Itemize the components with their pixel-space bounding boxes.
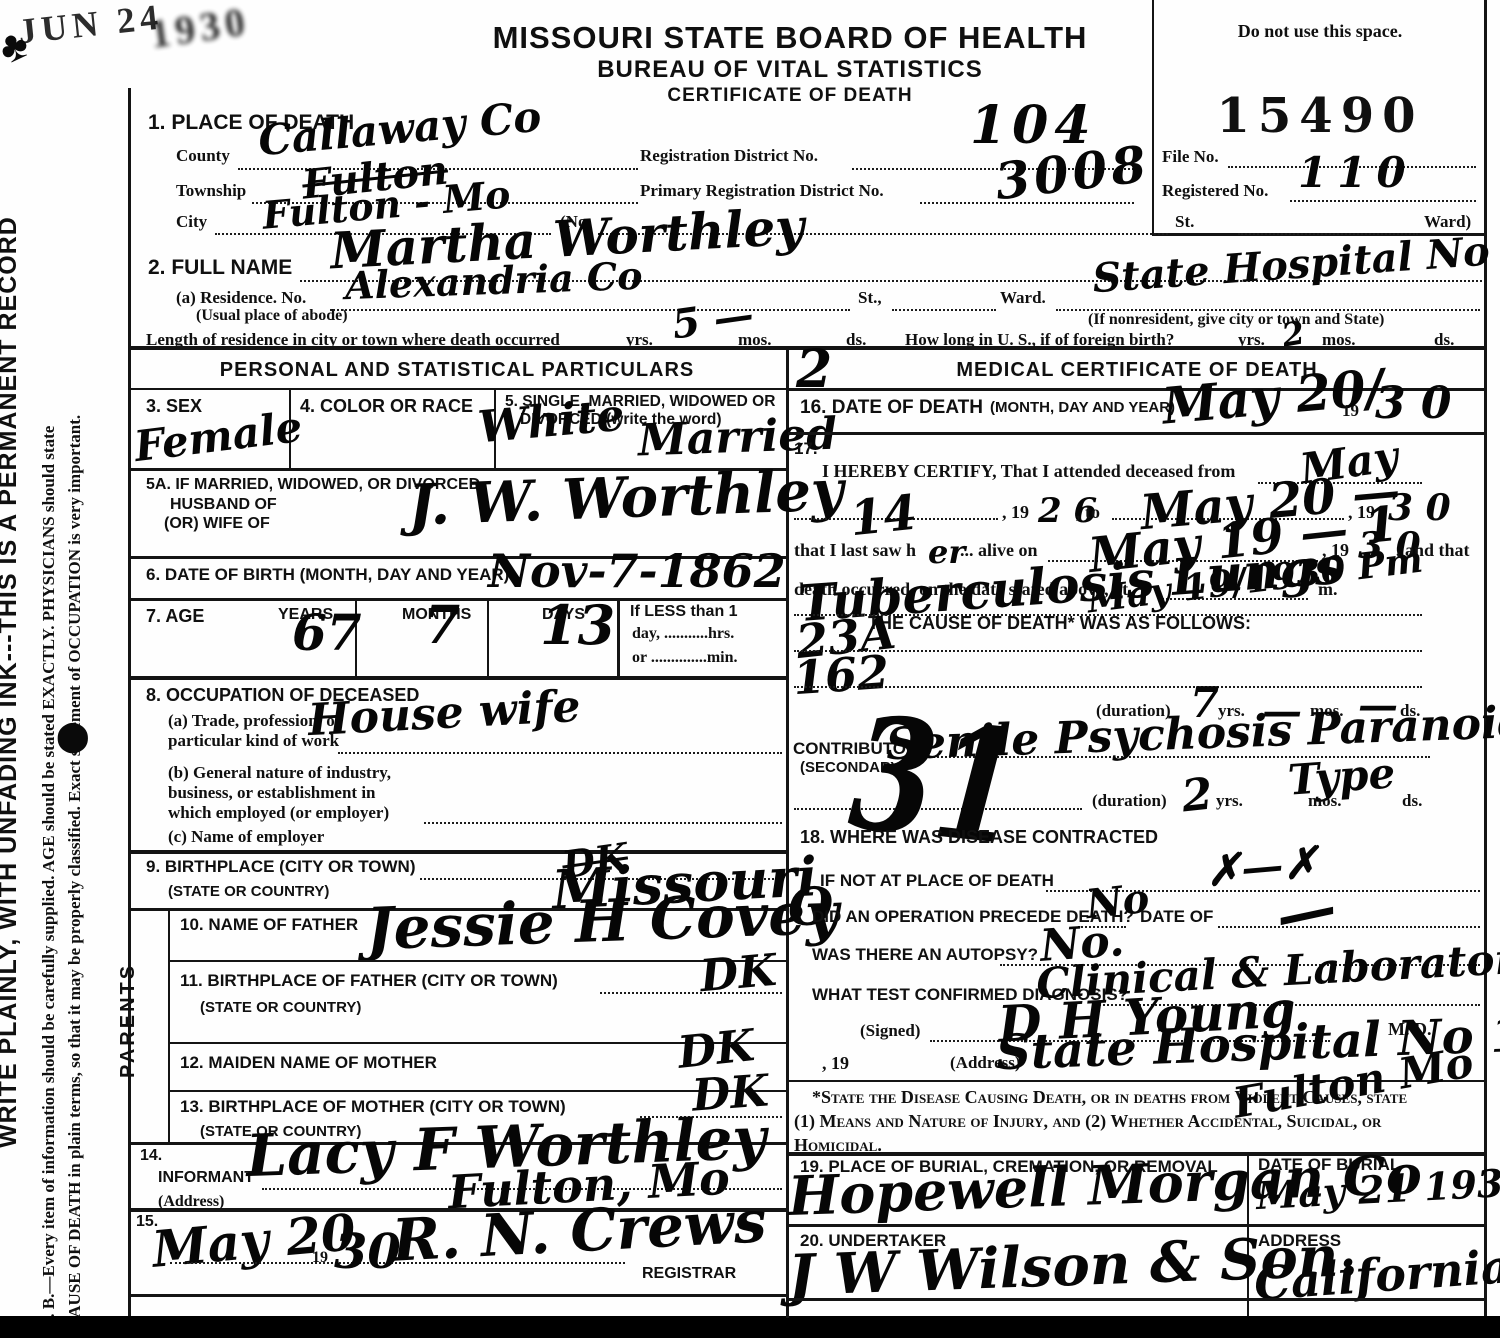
where-contracted-label: 18. WHERE WAS DISEASE CONTRACTED: [800, 828, 1158, 846]
county-label: County: [176, 147, 230, 164]
primary-district-label: Primary Registration District No.: [640, 182, 884, 199]
filed-year-value: 30: [334, 1228, 401, 1276]
rule: [788, 1224, 1486, 1227]
registered-no-label: Registered No.: [1162, 182, 1268, 199]
rule: [788, 1298, 1486, 1301]
city-label: City: [176, 213, 207, 230]
occupation-c-label: (c) Name of employer: [168, 828, 324, 845]
occupation-b-label3: which employed (or employer): [168, 804, 389, 821]
if-less-label: If LESS than 1: [630, 604, 738, 620]
contrib-yrs-label: yrs.: [1216, 792, 1243, 809]
dotted-line: [424, 822, 782, 824]
contributory-value-2: Type: [1287, 752, 1397, 801]
mother-maiden-name-label: 12. MAIDEN NAME OF MOTHER: [180, 1054, 437, 1071]
last-saw-label: that I last saw h: [794, 541, 916, 559]
rule: [128, 676, 786, 680]
color-race-value: White: [476, 394, 626, 451]
form-subtitle-bureau: BUREAU OF VITAL STATISTICS: [430, 58, 1150, 82]
dotted-line: [330, 309, 850, 311]
form-right-border: [1484, 0, 1487, 1318]
contrib-mos-label: mos.: [1308, 792, 1342, 809]
do-not-use-label: Do not use this space.: [1155, 22, 1485, 40]
residence-value: Alexandria Co: [344, 257, 643, 305]
certify-intro: I HEREBY CERTIFY, That I attended deceas…: [822, 462, 1235, 480]
alive-on-label: ... alive on: [960, 541, 1038, 559]
attended-to-year: 3 0: [1388, 490, 1451, 526]
certificate-number-stamp: 15490: [1155, 92, 1485, 140]
occupation-a-value: House wife: [307, 685, 581, 743]
item-17-number: 17.: [794, 440, 818, 457]
personal-section-heading: PERSONAL AND STATISTICAL PARTICULARS: [128, 360, 786, 380]
father-birthplace-label: 11. BIRTHPLACE OF FATHER (CITY OR TOWN): [180, 972, 558, 989]
informant-number: 14.: [140, 1148, 162, 1164]
date-of-birth-label: 6. DATE OF BIRTH (MONTH, DAY AND YEAR): [146, 566, 509, 583]
dotted-line: [1290, 200, 1476, 202]
file-no-label: File No.: [1162, 148, 1219, 165]
birthplace-label: 9. BIRTHPLACE (CITY OR TOWN): [146, 858, 416, 875]
residence-st-label: St.,: [858, 289, 882, 306]
rule: [168, 908, 170, 1142]
date-of-operation-label: DATE OF: [1140, 908, 1213, 925]
age-label: 7. AGE: [146, 607, 204, 625]
residence-ward-value: State Hospital No 1: [1091, 229, 1500, 300]
age-months-value: 7: [424, 600, 460, 652]
contrib-duration-yrs-value: 2: [1180, 773, 1215, 820]
date-of-death-label: 16. DATE OF DEATH: [800, 398, 983, 417]
street-label: St.: [1175, 213, 1194, 230]
margin-note-line2: CAUSE OF DEATH in plain terms, so that i…: [66, 415, 83, 1330]
rule: [128, 1294, 786, 1297]
sex-label: 3. SEX: [146, 397, 202, 415]
death-certificate-page: WRITE PLAINLY, WITH UNFADING INK---THIS …: [0, 0, 1500, 1338]
registered-no-value: 110: [1298, 152, 1416, 194]
residence-ward-label: Ward.: [1000, 289, 1046, 306]
autopsy-label: WAS THERE AN AUTOPSY?: [812, 946, 1038, 963]
rule: [168, 960, 786, 962]
date-of-operation-value: —: [1270, 876, 1341, 947]
dotted-line: [892, 309, 996, 311]
father-name-label: 10. NAME OF FATHER: [180, 916, 358, 933]
received-year-stamp: 1930: [148, 1, 253, 55]
age-days-value: 13: [540, 598, 615, 652]
nonresident-note: (If nonresident, give city or town and S…: [1088, 312, 1384, 328]
margin-note-line1: N. B.—Every item of information should b…: [40, 426, 57, 1330]
father-birthplace-value: DK: [698, 949, 778, 999]
contrib-ds-label: ds.: [1402, 792, 1422, 809]
if-less-hrs-label: day, ...........hrs.: [632, 626, 734, 642]
if-not-at-place-label: IF NOT AT PLACE OF DEATH: [820, 872, 1054, 889]
parents-side-label: PARENTS: [118, 963, 138, 1078]
form-title: MISSOURI STATE BOARD OF HEALTH: [430, 22, 1150, 53]
dotted-line: [1218, 926, 1480, 928]
occupation-b-label2: business, or establishment in: [168, 784, 376, 801]
rule: [128, 388, 786, 390]
form-left-border: [128, 88, 131, 1318]
date-of-burial-value: May 21 1930: [1255, 1163, 1500, 1215]
abode-label: (Usual place of abode): [196, 308, 348, 324]
age-years-value: 67: [292, 608, 362, 658]
ink-blot: ⬤: [56, 722, 90, 752]
rule: [487, 601, 489, 676]
date-of-death-year-prefix: 19: [1342, 402, 1359, 419]
spouse-label-line2: HUSBAND OF: [170, 497, 277, 513]
contrib-duration-label: (duration): [1092, 792, 1167, 809]
margin-warning-text: WRITE PLAINLY, WITH UNFADING INK---THIS …: [0, 216, 21, 1148]
occupation-b-label1: (b) General nature of industry,: [168, 764, 391, 781]
to-label: , to: [1076, 503, 1100, 521]
date-of-birth-value: Nov-7-1862: [488, 548, 786, 594]
date-of-death-value: May 20/: [1160, 362, 1386, 431]
date-of-death-sub: (MONTH, DAY AND YEAR): [990, 400, 1175, 415]
spouse-label-line3: (OR) WIFE OF: [164, 516, 270, 532]
ward-label: Ward): [1424, 213, 1471, 230]
bottom-scan-band: [0, 1316, 1500, 1338]
color-race-label: 4. COLOR OR RACE: [300, 397, 473, 415]
registrar-label: REGISTRAR: [642, 1266, 736, 1282]
date-of-death-year: 3 0: [1375, 382, 1452, 426]
residence-label: (a) Residence. No.: [176, 289, 306, 306]
dotted-line: [794, 650, 1422, 652]
father-birthplace-sub: (STATE OR COUNTRY): [200, 1000, 361, 1015]
primary-district-value: 3008: [993, 139, 1153, 208]
informant-label: INFORMANT: [158, 1170, 254, 1186]
year-prefix-1: , 19: [1002, 503, 1029, 521]
registration-district-label: Registration District No.: [640, 147, 818, 164]
spouse-value: J. W. Worthley: [407, 462, 844, 533]
box-left-border: [1152, 0, 1154, 234]
dotted-line: [338, 752, 782, 754]
birthplace-sub-label: (STATE OR COUNTRY): [168, 884, 329, 899]
signed-label: (Signed): [860, 1022, 920, 1039]
filed-year-prefix: 19: [312, 1250, 328, 1266]
full-name-heading: 2. FULL NAME: [148, 257, 292, 278]
attended-from-day: 14: [848, 489, 919, 544]
if-less-min-label: or ..............min.: [632, 650, 737, 666]
township-label: Township: [176, 182, 246, 199]
signed-year-label: , 19: [822, 1054, 849, 1072]
rule: [617, 601, 620, 676]
received-date-stamp: JUN 24: [17, 0, 165, 49]
registrar-signature: R. N. Crews: [391, 1192, 768, 1270]
